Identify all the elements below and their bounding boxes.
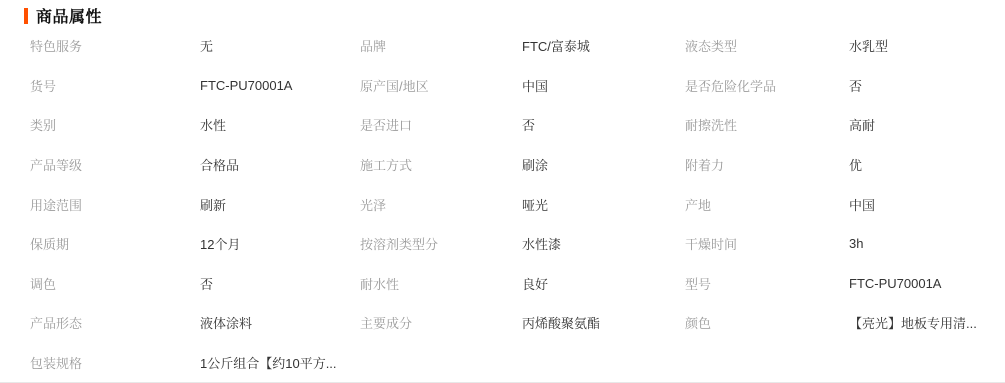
- attr-label: 用途范围: [30, 195, 200, 214]
- attr-value: 水性: [200, 115, 360, 134]
- attr-label: 颜色: [685, 313, 849, 332]
- attr-value: 良好: [522, 274, 685, 293]
- attr-value: FTC-PU70001A: [849, 276, 995, 291]
- attr-value: 刷新: [200, 195, 360, 214]
- attr-value: FTC/富泰城: [522, 36, 685, 55]
- attr-value: 水乳型: [849, 36, 995, 55]
- attr-value: 刷涂: [522, 155, 685, 174]
- attr-value: 3h: [849, 236, 995, 251]
- attr-label: 耐水性: [360, 274, 522, 293]
- attr-label: 液态类型: [685, 36, 849, 55]
- attr-label: 原产国/地区: [360, 76, 522, 95]
- attr-label: 光泽: [360, 195, 522, 214]
- attr-value: 无: [200, 36, 360, 55]
- attr-value: 合格品: [200, 155, 360, 174]
- attr-value: 中国: [522, 76, 685, 95]
- attr-value: 哑光: [522, 195, 685, 214]
- attr-value: 中国: [849, 195, 995, 214]
- attr-label: 耐擦洗性: [685, 115, 849, 134]
- attr-label: 货号: [30, 76, 200, 95]
- attr-label: 是否进口: [360, 115, 522, 134]
- attr-label: 保质期: [30, 234, 200, 253]
- section-title: 商品属性: [36, 4, 102, 27]
- attr-label: 干燥时间: [685, 234, 849, 253]
- attr-label: 类别: [30, 115, 200, 134]
- section-header: 商品属性: [0, 0, 1005, 26]
- attr-value: 否: [200, 274, 360, 293]
- attr-value: FTC-PU70001A: [200, 78, 360, 93]
- attr-value: 优: [849, 155, 995, 174]
- product-attributes-panel: 商品属性 特色服务无品牌FTC/富泰城液态类型水乳型货号FTC-PU70001A…: [0, 0, 1005, 383]
- attr-label: 按溶剂类型分: [360, 234, 522, 253]
- attr-value: 1公斤组合【约10平方...: [200, 353, 360, 372]
- attr-value: 12个月: [200, 234, 360, 253]
- attr-label: 产品形态: [30, 313, 200, 332]
- attr-label: 调色: [30, 274, 200, 293]
- attr-label: 附着力: [685, 155, 849, 174]
- attr-value: 否: [849, 76, 995, 95]
- attr-value: 水性漆: [522, 234, 685, 253]
- attr-label: 型号: [685, 274, 849, 293]
- attr-label: 产地: [685, 195, 849, 214]
- attr-value: 【亮光】地板专用清...: [849, 313, 995, 332]
- attr-label: 主要成分: [360, 313, 522, 332]
- attr-label: 施工方式: [360, 155, 522, 174]
- accent-bar-icon: [24, 8, 28, 24]
- attributes-table: 特色服务无品牌FTC/富泰城液态类型水乳型货号FTC-PU70001A原产国/地…: [0, 26, 1005, 382]
- attr-value: 否: [522, 115, 685, 134]
- attr-value: 液体涂料: [200, 313, 360, 332]
- attr-label: 包装规格: [30, 353, 200, 372]
- attr-label: 产品等级: [30, 155, 200, 174]
- attr-value: 高耐: [849, 115, 995, 134]
- attr-value: 丙烯酸聚氨酯: [522, 313, 685, 332]
- attr-label: 品牌: [360, 36, 522, 55]
- attr-label: 是否危险化学品: [685, 76, 849, 95]
- attr-label: 特色服务: [30, 36, 200, 55]
